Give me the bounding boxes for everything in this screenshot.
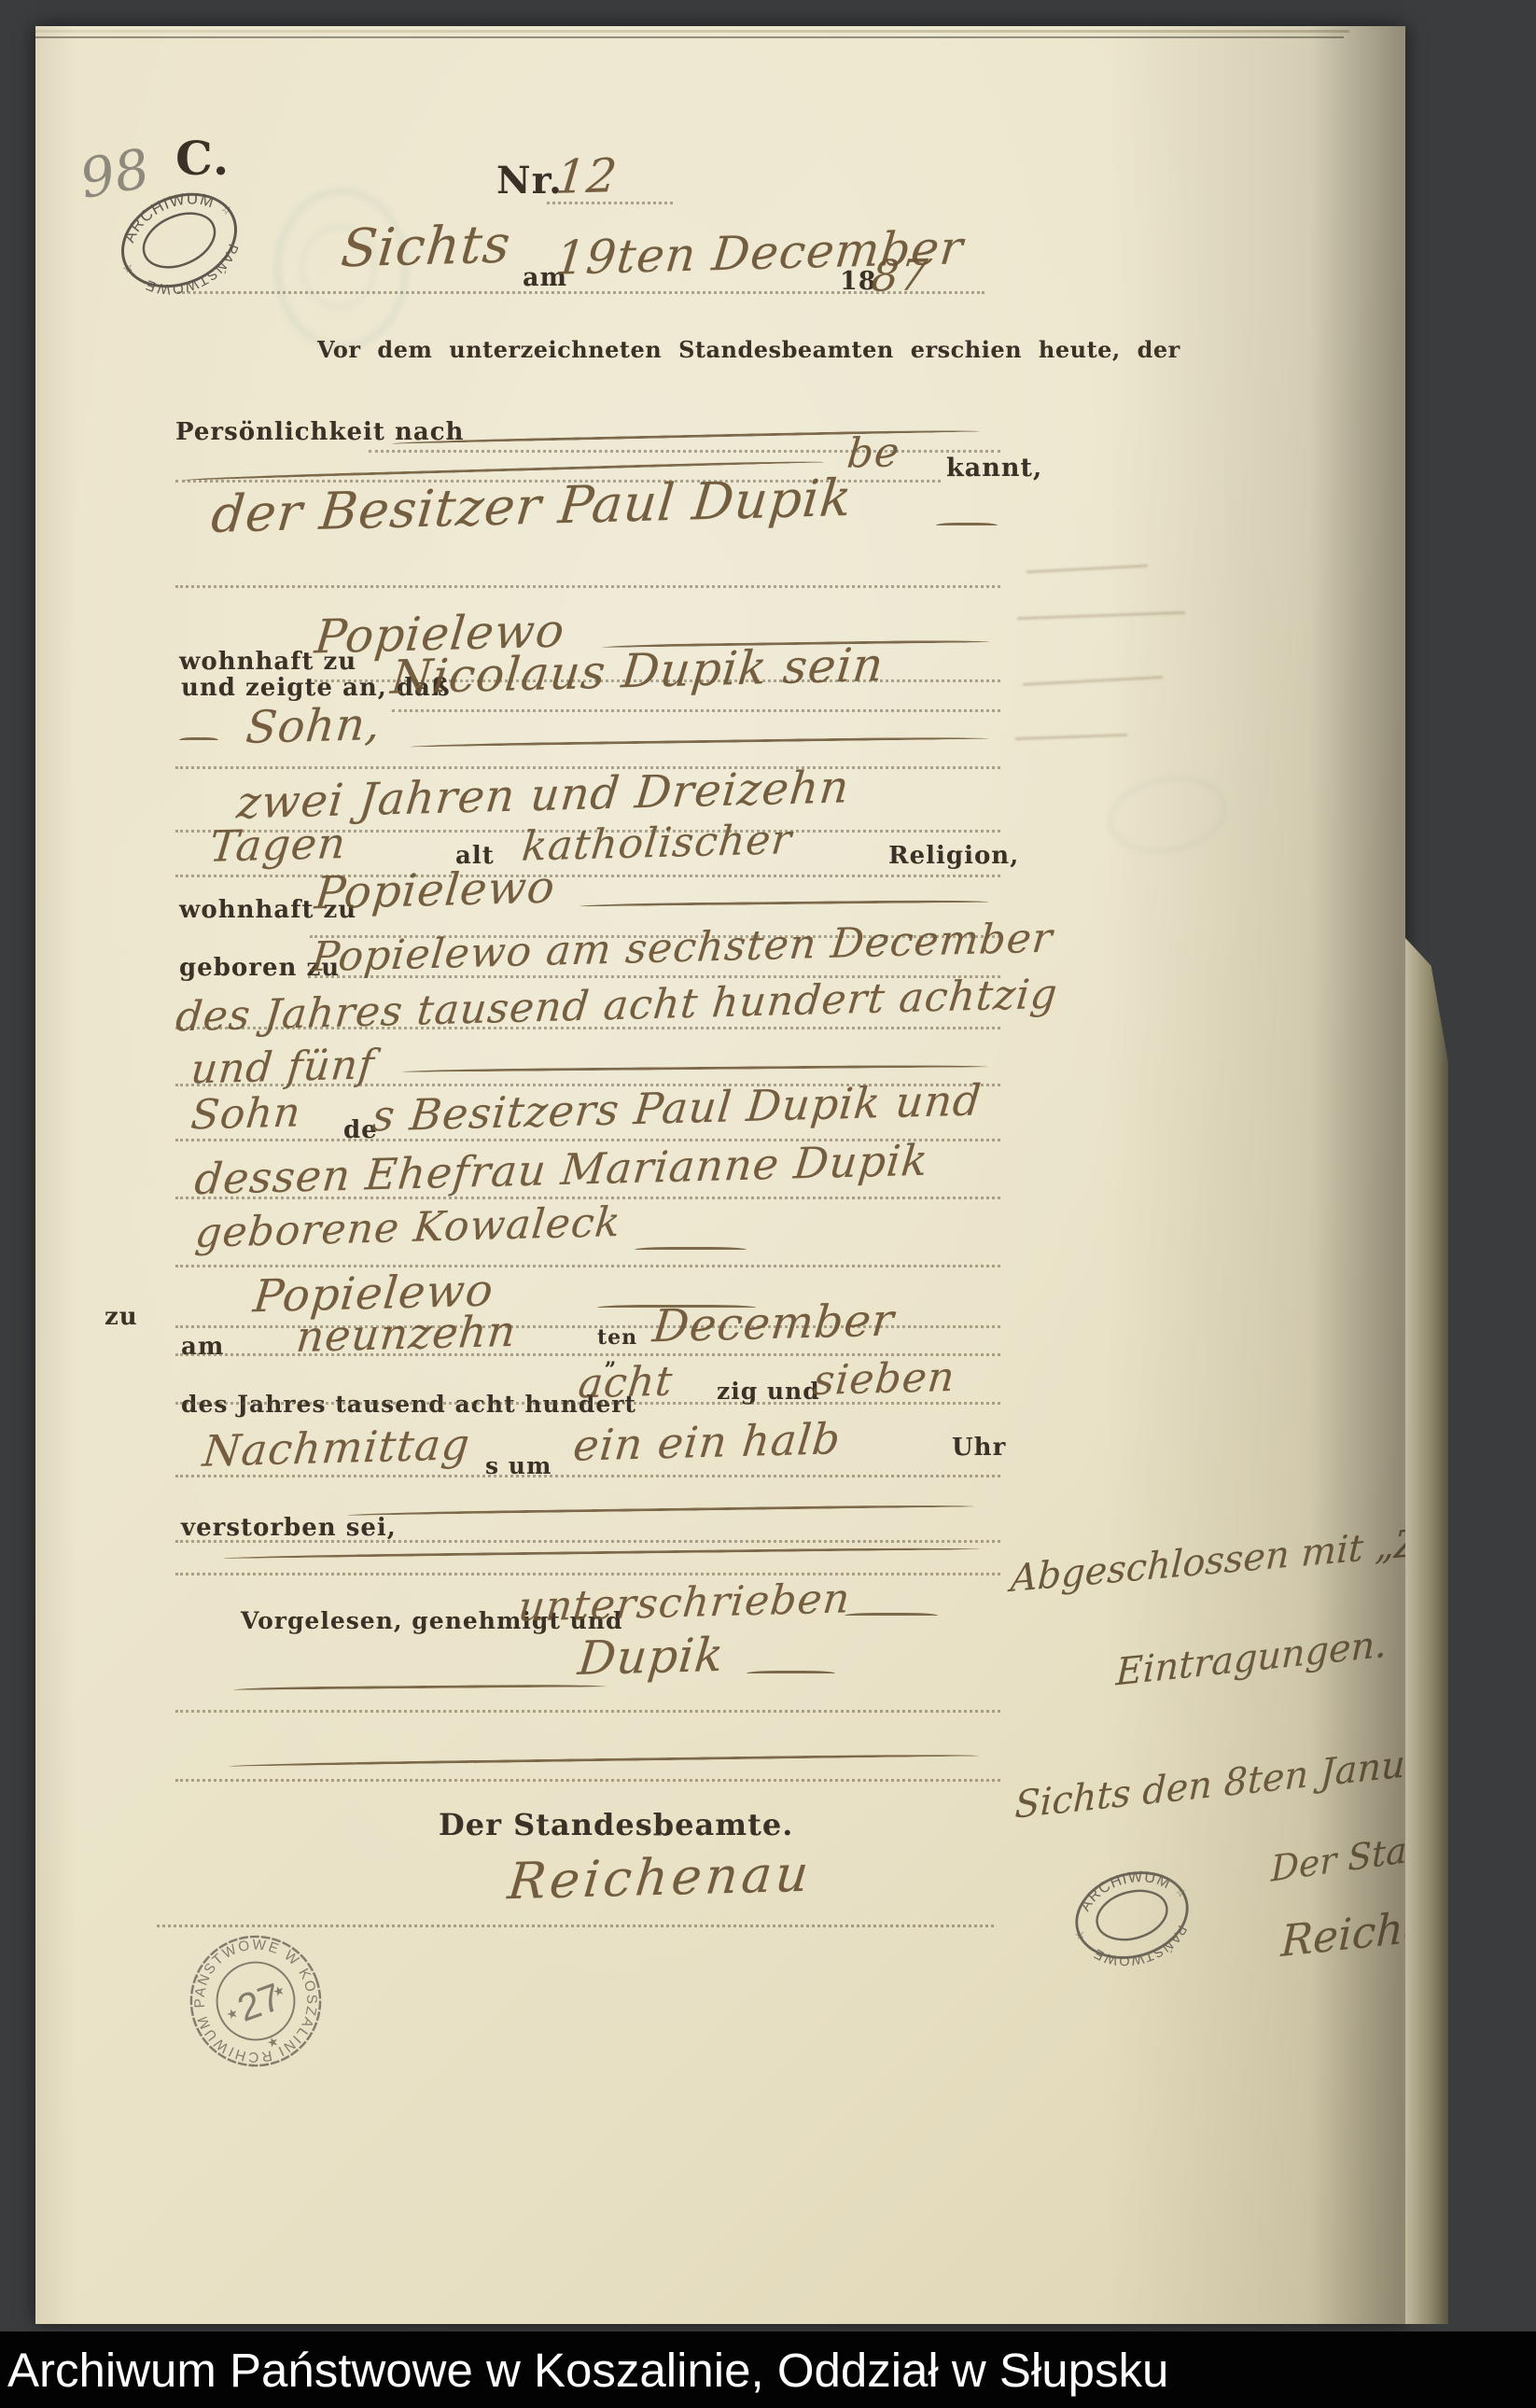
am2-label: am xyxy=(181,1333,224,1361)
dotted-rule xyxy=(175,1779,1000,1782)
filler-stroke xyxy=(635,1247,747,1250)
zu-label: zu xyxy=(105,1303,138,1331)
scanned-document-viewer: 98 C. Nr. 12 Sichts am 19ten December 18… xyxy=(0,0,1536,2408)
oval-stamp-bottom-text: PAŃSTWOWE xyxy=(138,237,250,312)
wohnhaft2-value: Popielewo xyxy=(313,861,558,920)
ghost-stamp xyxy=(1101,766,1234,862)
archive-round-stamp: ARCHIWUM PAŃSTWOWE W KOSZALINIE ★ 27 ★ ★ xyxy=(167,1912,344,2090)
archive-caption-text: Archiwum Państwowe w Koszalinie, Oddział… xyxy=(7,2343,1168,2398)
record-number-value: 12 xyxy=(553,148,620,204)
registry-place: Sichts xyxy=(339,215,514,280)
filler-stroke xyxy=(347,1504,975,1515)
filler-stroke xyxy=(579,900,989,907)
uhr-label: Uhr xyxy=(952,1434,1006,1462)
filler-stroke xyxy=(845,1613,938,1616)
oval-stamp-top-text: ARCHIWUM xyxy=(1071,1857,1178,1917)
dotted-rule xyxy=(369,450,1000,453)
filler-stroke xyxy=(747,1671,835,1673)
sohn2-entry: Sohn xyxy=(189,1088,303,1139)
stamp-star-icon: ☆ xyxy=(1073,1926,1087,1942)
dotted-rule xyxy=(175,1573,1000,1575)
sohn-entry: Sohn, xyxy=(244,698,384,754)
age-unit-entry: Tagen xyxy=(207,818,348,872)
verstorben-label: verstorben sei, xyxy=(181,1514,397,1542)
ink-bleed-mark xyxy=(1017,611,1185,620)
filler-stroke xyxy=(411,736,989,748)
registrar-signature: Reichenau xyxy=(505,1844,815,1911)
margin-note-line3: Sichts den 8ten Januar 18 xyxy=(1014,1732,1405,1827)
dotted-rule xyxy=(175,1265,1000,1267)
dotted-rule xyxy=(177,291,984,294)
geborene-entry: geborene Kowaleck xyxy=(193,1198,623,1257)
book-page-edge xyxy=(1405,938,1448,2324)
dotted-rule xyxy=(175,1710,1000,1713)
margin-note-line2: Eintragungen. xyxy=(1115,1623,1388,1695)
zig-label: zig und xyxy=(717,1378,820,1405)
mother-entry: dessen Ehefrau Marianne Dupik xyxy=(192,1135,930,1204)
filler-stroke xyxy=(936,523,998,525)
dotted-rule xyxy=(175,1402,1000,1405)
archive-oval-stamp: ARCHIWUM PAŃSTWOWE ☆ ☆ xyxy=(1057,1848,1207,1983)
filler-stroke xyxy=(233,1684,607,1689)
margin-note-line4: Der Standesbeamte xyxy=(1271,1799,1405,1889)
vorgelesen-written: unterschrieben xyxy=(516,1575,853,1631)
registrar-label: Der Standesbeamte. xyxy=(439,1807,793,1842)
dotted-rule xyxy=(175,875,1000,877)
ink-bleed-mark xyxy=(1026,565,1148,574)
death-month-entry: December xyxy=(650,1295,897,1353)
ink-bleed-mark xyxy=(1023,676,1163,686)
religion-entry: katholischer xyxy=(520,816,794,871)
page-stack-edge xyxy=(35,30,1349,33)
filler-stroke xyxy=(224,1547,980,1559)
bekannt-label: kannt, xyxy=(946,454,1042,483)
round-stamp-number: 27 xyxy=(231,1974,286,2030)
svg-text:PAŃSTWOWE: PAŃSTWOWE xyxy=(138,237,250,312)
jahr-written2: sieben xyxy=(811,1353,957,1405)
dotted-rule xyxy=(547,202,673,204)
filler-stroke xyxy=(229,1753,980,1766)
svg-text:PAŃSTWOWE: PAŃSTWOWE xyxy=(1088,1920,1195,1979)
margin-note-line1: Abgeschlossen mit „Zwölf xyxy=(1010,1515,1405,1601)
intro-sentence: Vor dem unterzeichneten Standesbeamten e… xyxy=(317,336,1180,363)
page-stack-edge xyxy=(35,36,1344,38)
dotted-rule xyxy=(392,709,1000,712)
dotted-rule xyxy=(175,585,1000,588)
dotted-rule xyxy=(175,1027,1000,1029)
stamp-star-icon: ☆ xyxy=(1174,1884,1188,1900)
filler-stroke xyxy=(401,1064,989,1071)
svg-text:ARCHIWUM: ARCHIWUM xyxy=(1071,1857,1178,1917)
geboren-value: Popielewo am sechsten December xyxy=(309,915,1054,982)
dotted-rule xyxy=(175,1475,1000,1477)
jahr-written1: acht xyxy=(576,1358,675,1408)
archive-caption-bar: Archiwum Państwowe w Koszalinie, Oddział… xyxy=(0,2331,1536,2408)
record-number-label: Nr. xyxy=(496,159,563,203)
dotted-rule xyxy=(175,1540,1000,1543)
daytime-entry: Nachmittag xyxy=(201,1419,472,1476)
oval-stamp-bottom-text: PAŃSTWOWE xyxy=(1088,1920,1195,1979)
ink-bleed-mark xyxy=(1015,734,1127,740)
declarant-signature: Dupik xyxy=(576,1628,727,1686)
register-page: 98 C. Nr. 12 Sichts am 19ten December 18… xyxy=(35,26,1405,2324)
margin-note-line5: Reichenau xyxy=(1280,1892,1405,1967)
time-entry: ein ein halb xyxy=(571,1413,844,1470)
religion-label: Religion, xyxy=(888,842,1019,870)
filler-stroke xyxy=(179,737,218,740)
